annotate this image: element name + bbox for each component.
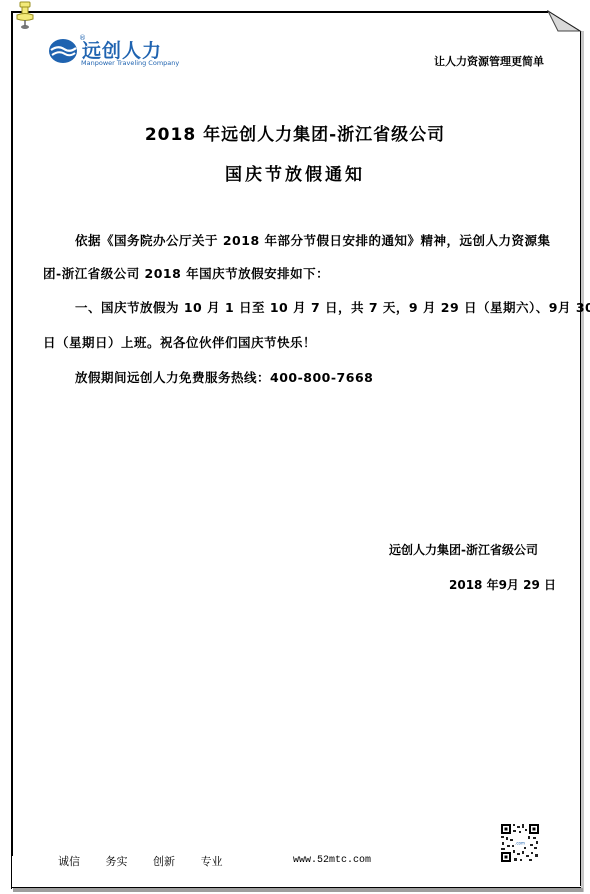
footer-values: 诚信 务实 创新 专业	[58, 853, 245, 869]
page-shadow-bottom	[13, 888, 583, 892]
body-paragraph-1-line-2: 团-浙江省级公司 2018 年国庆节放假安排如下：	[43, 264, 329, 282]
footer-value-1: 诚信	[58, 855, 80, 868]
qr-code-icon: .com	[500, 823, 540, 863]
page-border-top	[11, 11, 548, 13]
page-border-bottom	[11, 887, 581, 888]
body-paragraph-2-line-1: 一、国庆节放假为 10 月 1 日至 10 月 7 日，共 7 天，9 月 29…	[75, 298, 590, 316]
hotline-paragraph: 放假期间远创人力免费服务热线：400-800-7668	[75, 368, 373, 386]
logo-english-name: Manpower Traveling Company	[81, 59, 179, 67]
signature-organization: 远创人力集团-浙江省级公司	[389, 541, 538, 558]
page-fold-icon	[546, 10, 582, 34]
body-paragraph-2-line-2: 日（星期日）上班。祝各位伙伴们国庆节快乐！	[43, 333, 316, 351]
pushpin-icon	[14, 0, 36, 30]
footer-value-2: 务实	[106, 855, 128, 868]
body-paragraph-1-line-1: 依据《国务院办公厅关于 2018 年部分节假日安排的通知》精神，远创人力资源集	[75, 231, 551, 249]
footer-website-link[interactable]: www.52mtc.com	[293, 855, 371, 866]
document-subtitle: 国庆节放假通知	[0, 160, 590, 185]
document-title: 2018 年远创人力集团-浙江省级公司	[0, 120, 590, 145]
svg-text:.com: .com	[515, 841, 525, 846]
company-logo: ® 远创人力 Manpower Traveling Company	[48, 36, 188, 72]
footer-value-4: 专业	[201, 855, 223, 868]
wave-logo-icon	[48, 38, 78, 64]
header-slogan: 让人力资源管理更简单	[434, 53, 544, 69]
footer-value-3: 创新	[153, 855, 175, 868]
page-border-left-lower	[11, 856, 12, 889]
signature-date: 2018 年9月 29 日	[449, 576, 556, 593]
